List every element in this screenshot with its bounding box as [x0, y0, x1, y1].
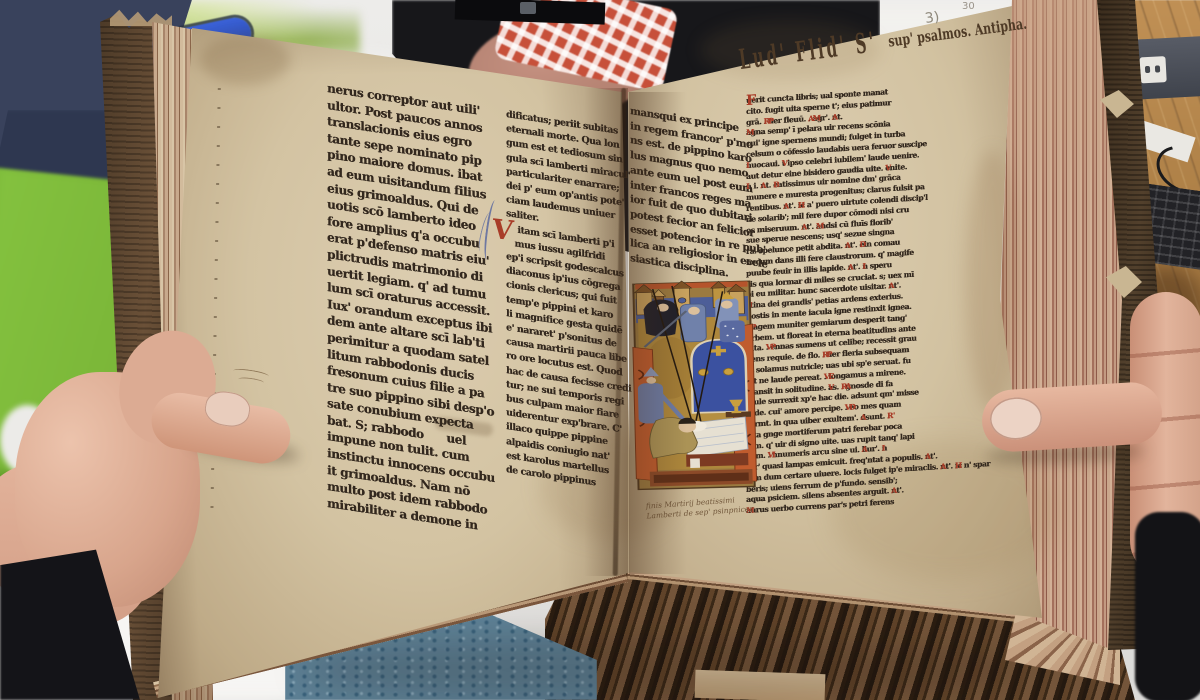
miniature-bottom-frame: [650, 469, 753, 486]
parchment-stain: [200, 35, 290, 85]
illuminated-miniature-martyrdom: [629, 278, 759, 493]
right-thumb: [980, 381, 1163, 454]
right-page-column-1: mansqui ex principein regem francor' p'm…: [630, 104, 754, 285]
right-page-column-2: Fuerit cuncta libris; ual sponte manatci…: [746, 83, 964, 517]
decorated-initial: V: [491, 217, 515, 245]
outlet-plate: [1139, 56, 1166, 83]
left-page-column-1: nerus correptor aut uili'ultor. Post pau…: [327, 80, 522, 541]
pencil-annotation-number: 30: [962, 1, 975, 12]
book-cast-shadow: [300, 635, 1020, 700]
outlet-hole: [1145, 66, 1150, 73]
right-thumbnail: [989, 396, 1043, 441]
left-page-column-2: dificatus; periit subitaseternali morte.…: [506, 108, 636, 497]
outlet-hole: [1155, 65, 1160, 72]
parchment-stain: [965, 150, 1020, 410]
photo-of-manuscript: nerus correptor aut uili'ultor. Post pau…: [0, 0, 1200, 700]
pencil-annotation-circled: 3): [924, 9, 940, 27]
right-arm-black-sleeve: [1135, 512, 1200, 700]
belt-buckle: [520, 2, 536, 14]
